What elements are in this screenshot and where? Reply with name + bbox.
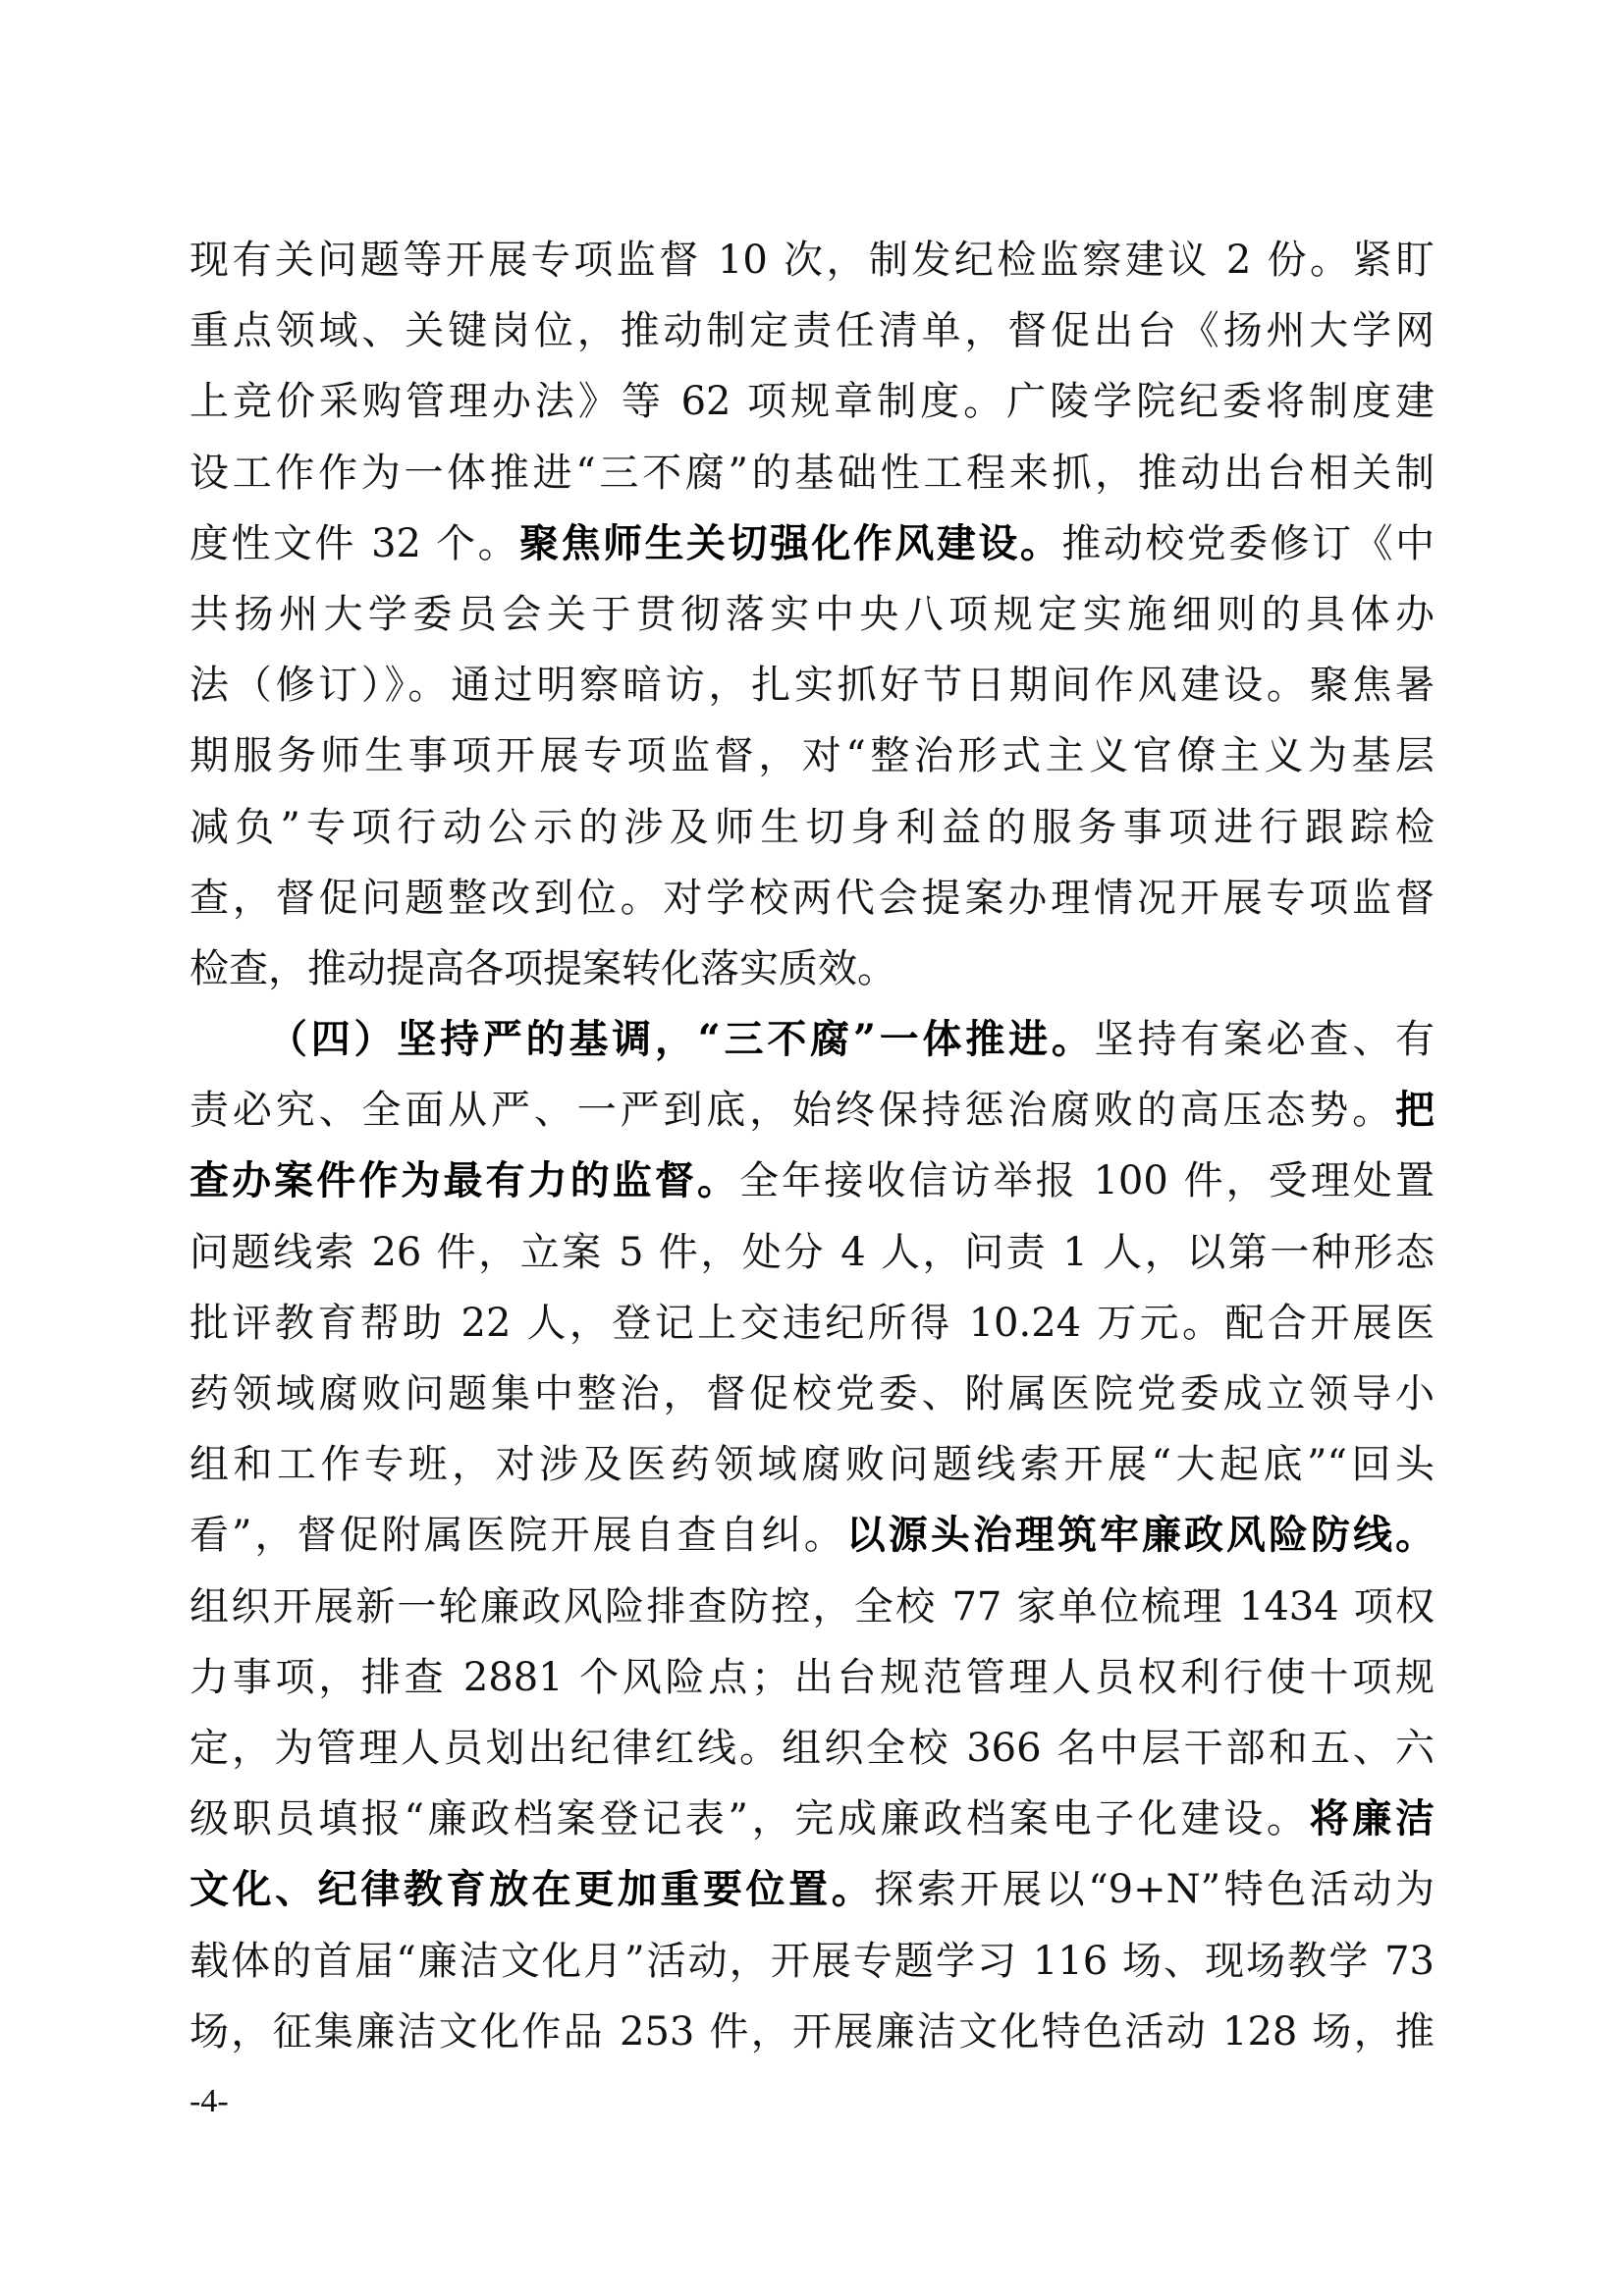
body-phrase: 检查，推动提高各项提案转化落实质效。 xyxy=(189,946,896,991)
text-line: 定，为管理人员划出纪律红线。组织全校 366 名中层干部和五、六 xyxy=(189,1713,1435,1784)
text-line: （四）坚持严的基调，“三不腐”一体推进。坚持有案必查、有 xyxy=(189,1004,1435,1075)
body-phrase: 场，征集廉洁文化作品 253 件，开展廉洁文化特色活动 128 场，推 xyxy=(189,2009,1435,2055)
body-phrase: 全年接收信访举报 100 件，受理处置 xyxy=(739,1158,1435,1203)
text-line: 重点领域、关键岗位，推动制定责任清单，督促出台《扬州大学网 xyxy=(189,295,1435,366)
text-line: 场，征集廉洁文化作品 253 件，开展廉洁文化特色活动 128 场，推 xyxy=(189,1997,1435,2067)
bold-heading-phrase: 查办案件作为最有力的监督。 xyxy=(189,1157,739,1203)
body-phrase: 探索开展以“9+N”特色活动为 xyxy=(874,1867,1435,1912)
body-phrase: 期服务师生事项开展专项监督，对“整治形式主义官僚主义为基层 xyxy=(189,733,1435,778)
text-line: 组织开展新一轮廉政风险排查防控，全校 77 家单位梳理 1434 项权 xyxy=(189,1572,1435,1642)
body-phrase: 重点领域、关键岗位，推动制定责任清单，督促出台《扬州大学网 xyxy=(189,308,1435,353)
body-phrase: 设工作作为一体推进“三不腐”的基础性工程来抓，推动出台相关制 xyxy=(189,451,1435,496)
body-text: 现有关问题等开展专项监督 10 次，制发纪检监察建议 2 份。紧盯重点领域、关键… xyxy=(189,225,1435,2067)
body-phrase: 查，督促问题整改到位。对学校两代会提案办理情况开展专项监督 xyxy=(189,876,1435,921)
body-phrase: 推动校党委修订《中 xyxy=(1061,521,1435,566)
text-line: 现有关问题等开展专项监督 10 次，制发纪检监察建议 2 份。紧盯 xyxy=(189,225,1435,295)
body-phrase: 法（修订）》。通过明察暗访，扎实抓好节日期间作风建设。聚焦暑 xyxy=(189,663,1435,708)
text-line: 文化、纪律教育放在更加重要位置。探索开展以“9+N”特色活动为 xyxy=(189,1854,1435,1925)
body-phrase: 力事项，排查 2881 个风险点；出台规范管理人员权利行使十项规 xyxy=(189,1655,1435,1700)
bold-heading-phrase: 将廉洁 xyxy=(1310,1795,1435,1842)
bold-heading-phrase: 聚焦师生关切强化作风建设。 xyxy=(519,521,1061,566)
bold-heading-phrase: 以源头治理筑牢廉政风险防线。 xyxy=(846,1513,1435,1558)
text-line: 上竞价采购管理办法》等 62 项规章制度。广陵学院纪委将制度建 xyxy=(189,366,1435,437)
text-line: 查，督促问题整改到位。对学校两代会提案办理情况开展专项监督 xyxy=(189,863,1435,934)
body-phrase: 问题线索 26 件，立案 5 件，处分 4 人，问责 1 人，以第一种形态 xyxy=(189,1230,1435,1275)
bold-heading-phrase: 把 xyxy=(1395,1087,1435,1133)
bold-heading-phrase: （四）坚持严的基调，“三不腐”一体推进。 xyxy=(268,1017,1095,1062)
text-line: 减负”专项行动公示的涉及师生切身利益的服务事项进行跟踪检 xyxy=(189,792,1435,863)
body-phrase: 坚持有案必查、有 xyxy=(1095,1017,1435,1062)
text-line: 责必究、全面从严、一严到底，始终保持惩治腐败的高压态势。把 xyxy=(189,1075,1435,1146)
text-line: 检查，推动提高各项提案转化落实质效。 xyxy=(189,934,1435,1004)
text-line: 批评教育帮助 22 人，登记上交违纪所得 10.24 万元。配合开展医 xyxy=(189,1288,1435,1359)
body-phrase: 组织开展新一轮廉政风险排查防控，全校 77 家单位梳理 1434 项权 xyxy=(189,1584,1435,1629)
body-phrase: 现有关问题等开展专项监督 10 次，制发纪检监察建议 2 份。紧盯 xyxy=(189,238,1435,283)
text-line: 力事项，排查 2881 个风险点；出台规范管理人员权利行使十项规 xyxy=(189,1642,1435,1713)
text-line: 药领域腐败问题集中整治，督促校党委、附属医院党委成立领导小 xyxy=(189,1359,1435,1429)
body-phrase: 责必究、全面从严、一严到底，始终保持惩治腐败的高压态势。 xyxy=(189,1088,1395,1133)
text-line: 度性文件 32 个。聚焦师生关切强化作风建设。推动校党委修订《中 xyxy=(189,508,1435,579)
document-page: 现有关问题等开展专项监督 10 次，制发纪检监察建议 2 份。紧盯重点领域、关键… xyxy=(0,0,1624,2296)
body-phrase: 度性文件 32 个。 xyxy=(189,521,519,566)
body-phrase: 药领域腐败问题集中整治，督促校党委、附属医院党委成立领导小 xyxy=(189,1371,1435,1416)
text-line: 载体的首届“廉洁文化月”活动，开展专题学习 116 场、现场教学 73 xyxy=(189,1926,1435,1997)
text-line: 组和工作专班，对涉及医药领域腐败问题线索开展“大起底”“回头 xyxy=(189,1429,1435,1500)
text-line: 法（修订）》。通过明察暗访，扎实抓好节日期间作风建设。聚焦暑 xyxy=(189,650,1435,721)
text-line: 级职员填报“廉政档案登记表”，完成廉政档案电子化建设。将廉洁 xyxy=(189,1784,1435,1854)
body-phrase: 减负”专项行动公示的涉及师生切身利益的服务事项进行跟踪检 xyxy=(189,805,1435,850)
body-phrase: 批评教育帮助 22 人，登记上交违纪所得 10.24 万元。配合开展医 xyxy=(189,1301,1435,1346)
body-phrase: 共扬州大学委员会关于贯彻落实中央八项规定实施细则的具体办 xyxy=(189,592,1435,637)
body-phrase: 上竞价采购管理办法》等 62 项规章制度。广陵学院纪委将制度建 xyxy=(189,379,1435,424)
text-line: 期服务师生事项开展专项监督，对“整治形式主义官僚主义为基层 xyxy=(189,721,1435,791)
body-phrase: 级职员填报“廉政档案登记表”，完成廉政档案电子化建设。 xyxy=(189,1796,1310,1842)
body-phrase: 定，为管理人员划出纪律红线。组织全校 366 名中层干部和五、六 xyxy=(189,1726,1435,1771)
text-line: 看”，督促附属医院开展自查自纠。以源头治理筑牢廉政风险防线。 xyxy=(189,1500,1435,1571)
body-phrase: 组和工作专班，对涉及医药领域腐败问题线索开展“大起底”“回头 xyxy=(189,1442,1435,1487)
body-phrase: 载体的首届“廉洁文化月”活动，开展专题学习 116 场、现场教学 73 xyxy=(189,1939,1435,1984)
text-line: 共扬州大学委员会关于贯彻落实中央八项规定实施细则的具体办 xyxy=(189,579,1435,650)
text-line: 查办案件作为最有力的监督。全年接收信访举报 100 件，受理处置 xyxy=(189,1146,1435,1216)
page-number: -4- xyxy=(189,2083,229,2120)
text-line: 问题线索 26 件，立案 5 件，处分 4 人，问责 1 人，以第一种形态 xyxy=(189,1217,1435,1288)
bold-heading-phrase: 文化、纪律教育放在更加重要位置。 xyxy=(189,1866,874,1912)
text-line: 设工作作为一体推进“三不腐”的基础性工程来抓，推动出台相关制 xyxy=(189,438,1435,508)
body-phrase: 看”，督促附属医院开展自查自纠。 xyxy=(189,1513,846,1558)
